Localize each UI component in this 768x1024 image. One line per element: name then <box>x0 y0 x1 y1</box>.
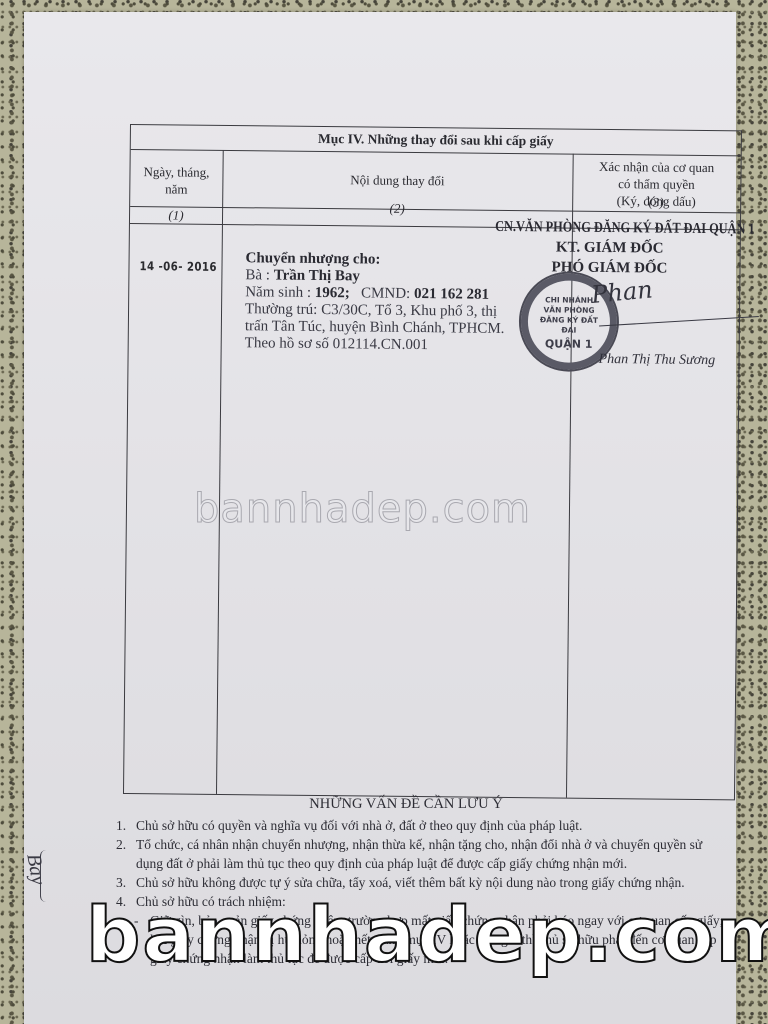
changes-table: Mục IV. Những thay đổi sau khi cấp giấy … <box>123 124 742 800</box>
notes-heading: NHỮNG VẤN ĐỀ CẦN LƯU Ý <box>86 795 726 814</box>
column-divider-1 <box>216 150 224 794</box>
column-number-3: (3) <box>572 193 740 212</box>
watermark-faint: bannhadep.com <box>194 486 531 532</box>
title-deputy-director: PHÓ GIÁM ĐỐC <box>469 257 749 280</box>
signature-stroke <box>599 316 759 326</box>
birth-year: 1962; <box>315 285 350 301</box>
column-number-1: (1) <box>130 206 222 224</box>
handwritten-signature: Phan <box>590 275 654 309</box>
note-item: 1.Chủ sở hữu có quyền và nghĩa vụ đối vớ… <box>116 816 726 835</box>
entry-date: 14 -06- 2016 <box>139 259 217 274</box>
column-header-date: Ngày, tháng, năm <box>130 163 222 198</box>
file-reference: Theo hồ sơ số 012114.CN.001 <box>245 335 505 355</box>
office-name: CN.VĂN PHÒNG ĐĂNG KÝ ĐẤT ĐAI QUẬN 1 <box>495 217 725 239</box>
recipient-name: Trần Thị Bay <box>274 268 360 285</box>
authority-block: CN.VĂN PHÒNG ĐĂNG KÝ ĐẤT ĐAI QUẬN 1 KT. … <box>469 217 750 280</box>
note-item: 2.Tổ chức, cá nhân nhận chuyển nhượng, n… <box>116 835 726 873</box>
signer-name: Phan Thị Thu Sương <box>598 352 715 369</box>
entry-content: Chuyển nhượng cho: Bà : Trần Thị Bay Năm… <box>245 250 506 355</box>
watermark-overlay: bannhadep.com <box>86 895 768 975</box>
id-number: 021 162 281 <box>414 286 489 303</box>
